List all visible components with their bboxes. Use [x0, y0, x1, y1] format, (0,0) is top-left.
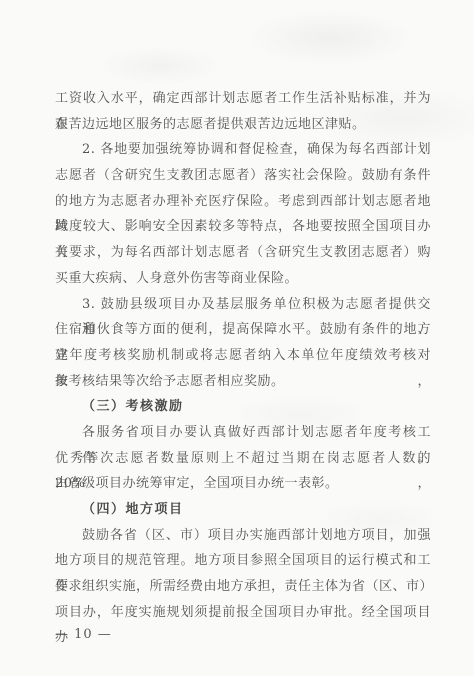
- heading-assessment-incentives: （三）考核激励: [55, 394, 431, 420]
- text-line: 立年度考核奖励机制或将志愿者纳入本单位年度绩效考核对象，: [55, 343, 431, 369]
- text-line: 优秀等次志愿者数量原则上不超过当期在岗志愿者人数的 20%，: [55, 446, 431, 472]
- text-line: 项目办，年度实施规划须提前报全国项目办审批。经全国项目办: [55, 600, 431, 626]
- text-line: 的地方为志愿者办理补充医疗保险。考虑到西部计划志愿者地域: [55, 189, 431, 215]
- page-number: — 10 —: [55, 627, 431, 642]
- text-line-paragraph-start: 各服务省项目办要认真做好西部计划志愿者年度考核工作。: [55, 420, 431, 446]
- text-line-paragraph-3-start: 3. 鼓励县级项目办及基层服务单位积极为志愿者提供交通、: [55, 292, 431, 318]
- text-line-paragraph-start: 鼓励各省（区、市）项目办实施西部计划地方项目，加强: [55, 523, 431, 549]
- text-line: 买重大疾病、人身意外伤害等商业保险。: [55, 266, 431, 292]
- text-line: 工资收入水平，确定西部计划志愿者工作生活补贴标准，并为在: [55, 86, 431, 112]
- text-line: 住宿和伙食等方面的便利，提高保障水平。鼓励有条件的地方建: [55, 317, 431, 343]
- text-line: 跨度较大、影响安全因素较多等特点，各地要按照全国项目办有: [55, 214, 431, 240]
- heading-local-projects: （四）地方项目: [55, 497, 431, 523]
- text-line: 要求组织实施，所需经费由地方承担，责任主体为省（区、市）: [55, 574, 431, 600]
- scanned-document-page: 工资收入水平，确定西部计划志愿者工作生活补贴标准，并为在 艰苦边远地区服务的志愿…: [0, 0, 474, 676]
- text-line: 地方项目的规范管理。地方项目参照全国项目的运行模式和工作: [55, 548, 431, 574]
- document-body: 工资收入水平，确定西部计划志愿者工作生活补贴标准，并为在 艰苦边远地区服务的志愿…: [55, 86, 431, 642]
- text-line: 志愿者（含研究生支教团志愿者）落实社会保险。鼓励有条件: [55, 163, 431, 189]
- text-line: 艰苦边远地区服务的志愿者提供艰苦边远地区津贴。: [55, 112, 431, 138]
- text-line: 关要求，为每名西部计划志愿者（含研究生支教团志愿者）购: [55, 240, 431, 266]
- text-line-paragraph-2-start: 2. 各地要加强统筹协调和督促检查，确保为每名西部计划: [55, 137, 431, 163]
